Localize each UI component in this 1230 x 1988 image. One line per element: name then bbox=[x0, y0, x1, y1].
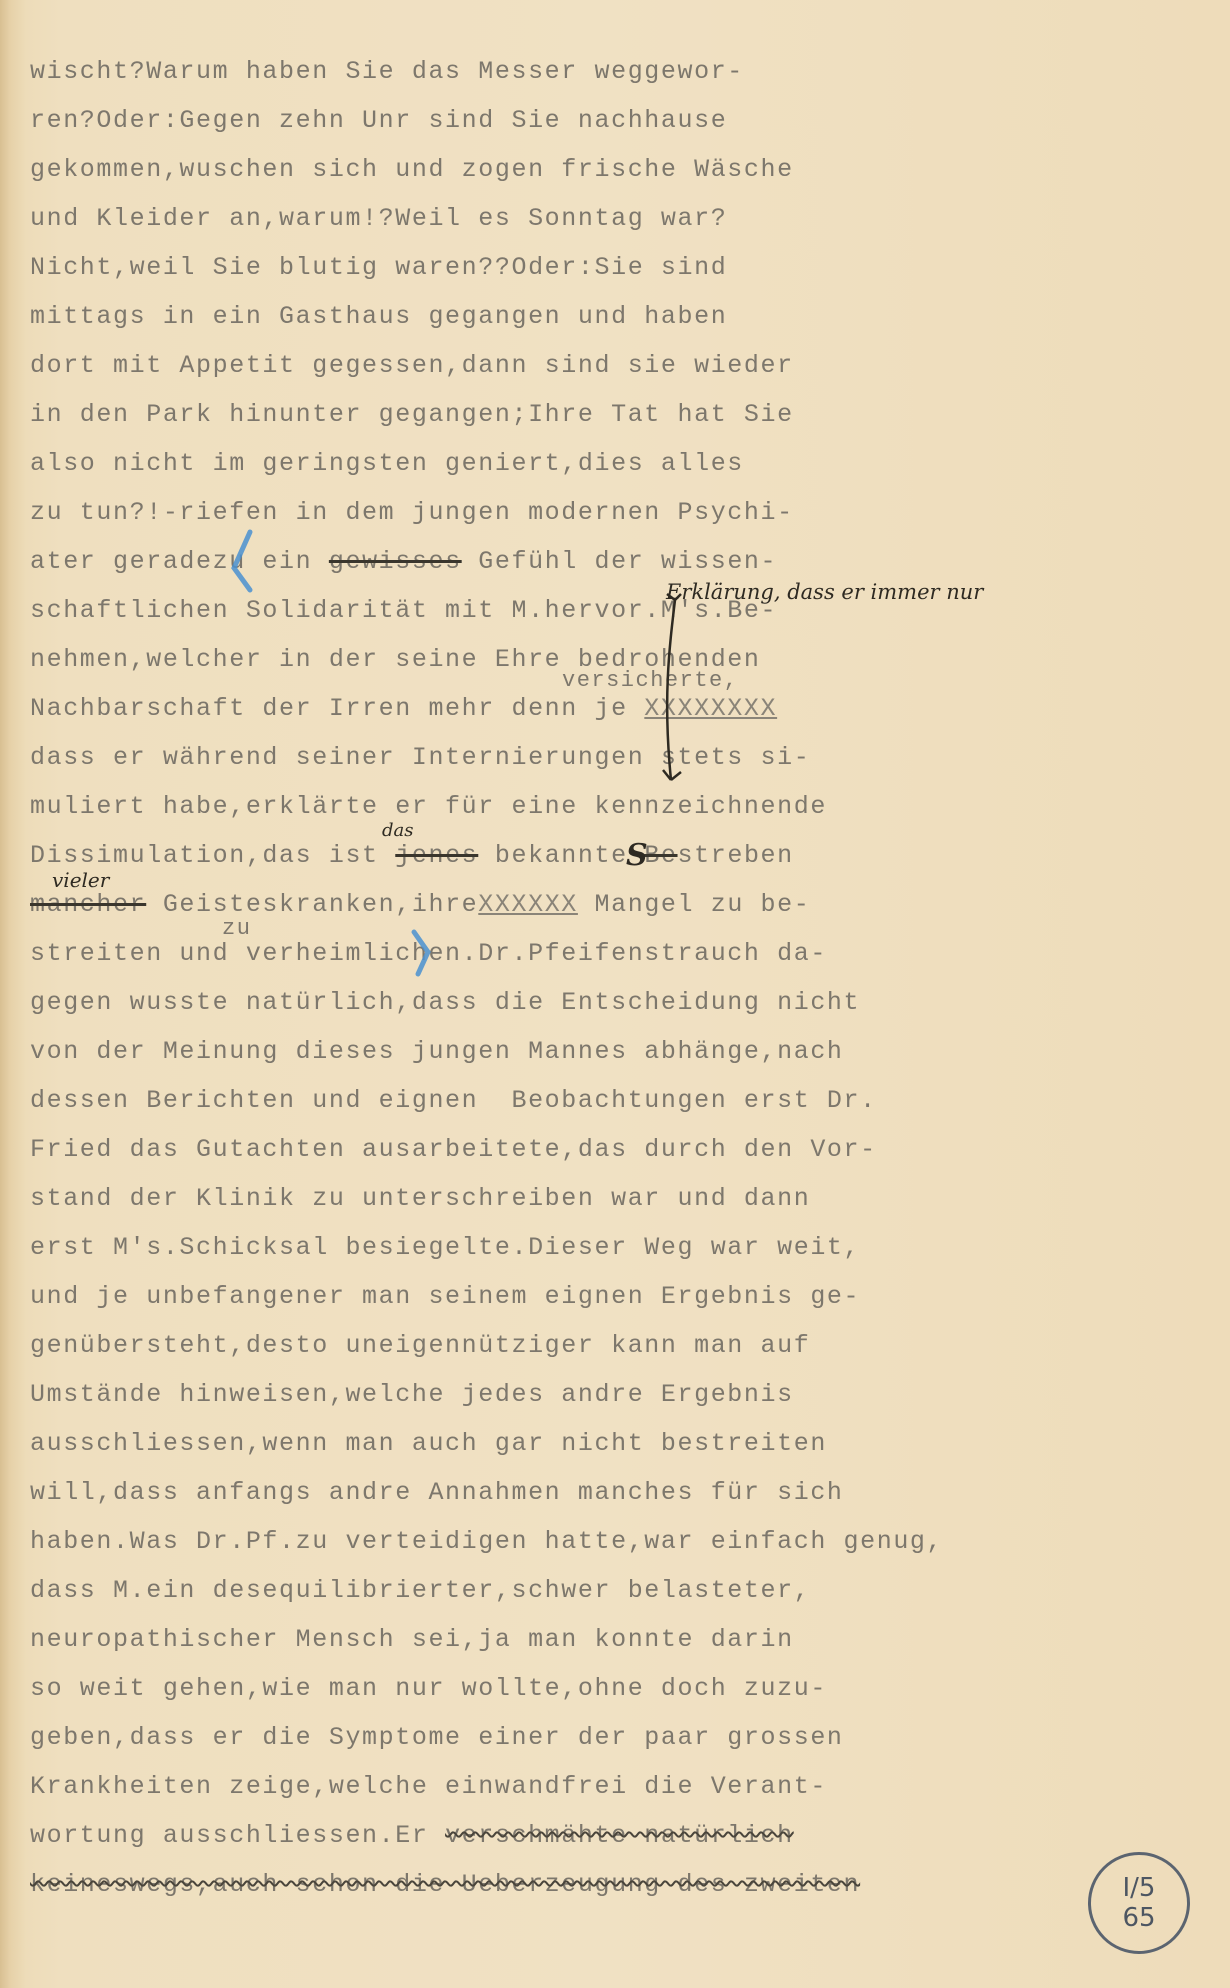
interlinear-typed-insertion: zu bbox=[222, 916, 251, 941]
typed-line: Dissimulation,das ist jenes bekannte Bes… bbox=[30, 841, 794, 871]
typed-line: zu tun?!-riefen in dem jungen modernen P… bbox=[30, 498, 794, 528]
typed-line: in den Park hinunter gegangen;Ihre Tat h… bbox=[30, 400, 794, 430]
typed-text: bekannte bbox=[478, 841, 644, 870]
typed-line: mancher Geisteskranken,ihreXXXXXX Mangel… bbox=[30, 890, 810, 920]
typed-line: neuropathischer Mensch sei,ja man konnte… bbox=[30, 1625, 794, 1655]
folio-stamp: I/5 65 bbox=[1088, 1852, 1190, 1954]
typed-line: gekommen,wuschen sich und zogen frische … bbox=[30, 155, 794, 185]
typed-line: ausschliessen,wenn man auch gar nicht be… bbox=[30, 1429, 827, 1459]
folio-number-bottom: 65 bbox=[1122, 1903, 1155, 1933]
typed-line: wortung ausschliessen.Er verschmähte nat… bbox=[30, 1821, 794, 1851]
typed-line: so weit gehen,wie man nur wollte,ohne do… bbox=[30, 1674, 827, 1704]
typed-line: ater geradezu ein gewisses Gefühl der wi… bbox=[30, 547, 777, 577]
insertion-line-icon bbox=[655, 590, 695, 790]
typed-line: Fried das Gutachten ausarbeitete,das dur… bbox=[30, 1135, 877, 1165]
interlinear-typed-insertion: versicherte, bbox=[562, 668, 738, 693]
typed-line: ren?Oder:Gegen zehn Unr sind Sie nachhau… bbox=[30, 106, 727, 136]
typed-text: wortung ausschliessen.Er bbox=[30, 1821, 445, 1850]
x-out-deletion: XXXXXX bbox=[478, 890, 578, 919]
typed-line: und je unbefangener man seinem eignen Er… bbox=[30, 1282, 860, 1312]
typed-line: keineswegs,auch schon die Ueberzeugung d… bbox=[30, 1870, 860, 1900]
typed-text: Nachbarschaft der Irren mehr denn je bbox=[30, 694, 644, 723]
typed-line: wischt?Warum haben Sie das Messer weggew… bbox=[30, 57, 744, 87]
struck-word: mancher bbox=[30, 890, 146, 919]
typed-text: streben bbox=[678, 841, 794, 870]
typed-line: von der Meinung dieses jungen Mannes abh… bbox=[30, 1037, 844, 1067]
typed-line: genübersteht,desto uneigennütziger kann … bbox=[30, 1331, 810, 1361]
folio-number-top: I/5 bbox=[1123, 1873, 1156, 1903]
typed-line: haben.Was Dr.Pf.zu verteidigen hatte,war… bbox=[30, 1527, 943, 1557]
blue-pencil-caret-icon bbox=[226, 528, 256, 594]
typed-line: erst M's.Schicksal besiegelte.Dieser Weg… bbox=[30, 1233, 860, 1263]
typed-line: geben,dass er die Symptome einer der paa… bbox=[30, 1723, 844, 1753]
blue-pencil-bracket-icon bbox=[410, 928, 436, 978]
typed-line: mittags in ein Gasthaus gegangen und hab… bbox=[30, 302, 727, 332]
handwritten-correction: S bbox=[626, 838, 648, 873]
typed-text: Gefühl der wissen- bbox=[462, 547, 777, 576]
typed-line: dessen Berichten und eignen Beobachtunge… bbox=[30, 1086, 877, 1116]
handwritten-correction: das bbox=[382, 820, 414, 841]
typed-line: und Kleider an,warum!?Weil es Sonntag wa… bbox=[30, 204, 727, 234]
struck-word: jenes bbox=[395, 841, 478, 870]
wavy-struck-text: verschmähte natürlich bbox=[445, 1821, 794, 1850]
typed-line: dort mit Appetit gegessen,dann sind sie … bbox=[30, 351, 794, 381]
struck-word: Be bbox=[644, 841, 677, 870]
typed-line: also nicht im geringsten geniert,dies al… bbox=[30, 449, 744, 479]
typed-text: Geisteskranken,ihre bbox=[146, 890, 478, 919]
typed-line: Krankheiten zeige,welche einwandfrei die… bbox=[30, 1772, 827, 1802]
handwritten-correction: vieler bbox=[52, 868, 109, 892]
typed-text: ater geradezu ein bbox=[30, 547, 329, 576]
typed-line: Umstände hinweisen,welche jedes andre Er… bbox=[30, 1380, 794, 1410]
typed-line: will,dass anfangs andre Annahmen manches… bbox=[30, 1478, 844, 1508]
handwritten-margin-insertion: Erklärung, dass er immer nur bbox=[666, 580, 983, 604]
typed-line: stand der Klinik zu unterschreiben war u… bbox=[30, 1184, 810, 1214]
typed-line: dass M.ein desequilibrierter,schwer bela… bbox=[30, 1576, 810, 1606]
typed-line: muliert habe,erklärte er für eine kennze… bbox=[30, 792, 827, 822]
typed-text: Dissimulation,das ist bbox=[30, 841, 395, 870]
typed-line: gegen wusste natürlich,dass die Entschei… bbox=[30, 988, 860, 1018]
wavy-struck-text: keineswegs,auch schon die Ueberzeugung d… bbox=[30, 1870, 860, 1899]
typed-text: Mangel zu be- bbox=[578, 890, 810, 919]
struck-word: gewisses bbox=[329, 547, 462, 576]
manuscript-page: wischt?Warum haben Sie das Messer weggew… bbox=[0, 0, 1230, 1988]
typed-line: Nicht,weil Sie blutig waren??Oder:Sie si… bbox=[30, 253, 727, 283]
